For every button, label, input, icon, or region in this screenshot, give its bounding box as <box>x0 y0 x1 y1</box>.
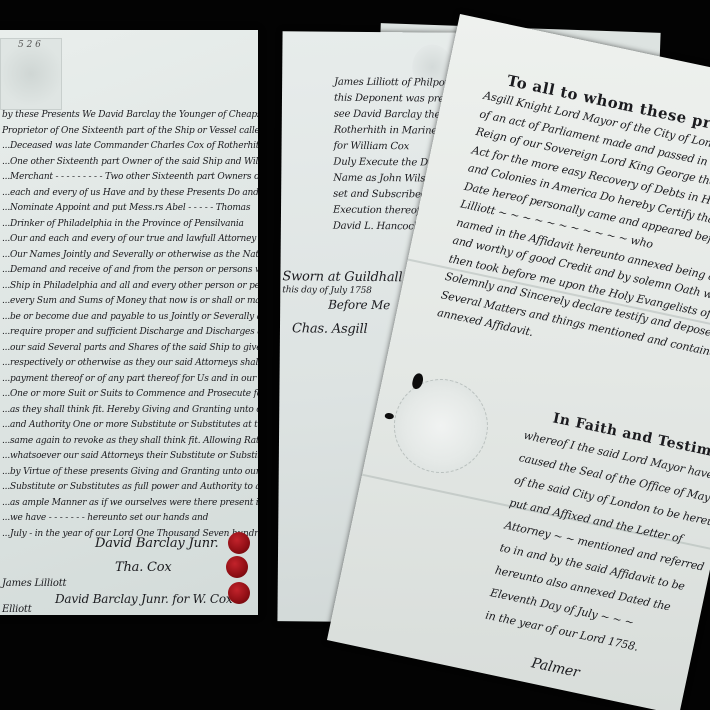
before-me: Before Me <box>328 298 390 313</box>
power-of-attorney-document: 5 2 6 by these Presents We David Barclay… <box>0 30 258 615</box>
sworn-date: this day of July 1758 <box>282 285 371 296</box>
text-line: ...every Sum and Sums of Money that now … <box>2 296 258 306</box>
text-line: ...Ship in Philadelphia and all and ever… <box>2 281 258 291</box>
text-line: Name as John Wilson <box>333 173 437 185</box>
red-wax-seal <box>228 582 250 604</box>
text-line: ...payment thereof or of any part thereo… <box>2 374 258 384</box>
text-line: ...Our and each and every of our true an… <box>2 234 258 244</box>
text-line: Proprietor of One Sixteenth part of the … <box>2 126 258 136</box>
text-line: ...One other Sixteenth part Owner of the… <box>2 157 258 167</box>
mayoralty-embossed-seal <box>385 370 496 481</box>
red-wax-seal <box>226 556 248 578</box>
sworn-location: Sworn at Guildhall <box>282 269 402 285</box>
text-line: by these Presents We David Barclay the Y… <box>2 110 258 120</box>
text-line: ...be or become due and payable to us Jo… <box>2 312 258 322</box>
text-line: ...respectively or otherwise as they our… <box>2 358 258 368</box>
text-line: ...Substitute or Substitutes as full pow… <box>2 482 258 492</box>
testimony-text: whereof I the said Lord Mayor havecaused… <box>460 14 710 89</box>
text-line: ...require proper and sufficient Dischar… <box>2 327 258 337</box>
text-line: Rotherhith in Mariner <box>334 125 442 137</box>
photo-scene: 5 2 6 by these Presents We David Barclay… <box>0 0 710 710</box>
text-line: ...same again to revoke as they shall th… <box>2 436 258 446</box>
text-line: ...One or more Suit or Suits to Commence… <box>2 389 258 399</box>
text-line: David L. Hancock <box>333 221 420 233</box>
text-line: ...as ample Manner as if we ourselves we… <box>2 498 258 508</box>
witness-signature: James Lilliott <box>2 578 66 589</box>
text-line: ...each and every of us Have and by thes… <box>2 188 258 198</box>
folio-number: 5 2 6 <box>18 40 41 50</box>
text-line: ...whatsoever our said Attorneys their S… <box>2 451 258 461</box>
text-line: for William Cox <box>334 141 410 153</box>
text-line: ...Nominate Appoint and put Mess.rs Abel… <box>2 203 250 213</box>
text-line: ...we have - - - - - - - hereunto set ou… <box>2 513 208 523</box>
text-line: ...as they shall think fit. Hereby Givin… <box>2 405 258 415</box>
signature-barclay-for-cox: David Barclay Junr. for W. Cox <box>55 592 232 606</box>
signature-palmer: Palmer <box>530 655 581 681</box>
text-line: ...Deceased was late Commander Charles C… <box>2 141 258 151</box>
text-line: ...and Authority One or more Substitute … <box>2 420 258 430</box>
text-line: ...Our Names Jointly and Severally or ot… <box>2 250 258 260</box>
text-line: ...Drinker of Philadelphia in the Provin… <box>2 219 244 229</box>
text-line: ...by Virtue of these presents Giving an… <box>2 467 258 477</box>
signature-barclay: David Barclay Junr. <box>95 536 218 551</box>
red-wax-seal <box>228 532 250 554</box>
text-line: ...Demand and receive of and from the pe… <box>2 265 258 275</box>
signature-asgill: Chas. Asgill <box>292 321 368 337</box>
text-line: ...Merchant - - - - - - - - - Two other … <box>2 172 258 182</box>
witness-signature-2: Elliott <box>2 604 32 615</box>
signature-cox: Tha. Cox <box>115 560 172 575</box>
ink-blot <box>384 412 394 420</box>
text-line: ...our said Several parts and Shares of … <box>2 343 258 353</box>
certificate-text: Asgill Knight Lord Mayor of the City of … <box>460 14 710 89</box>
